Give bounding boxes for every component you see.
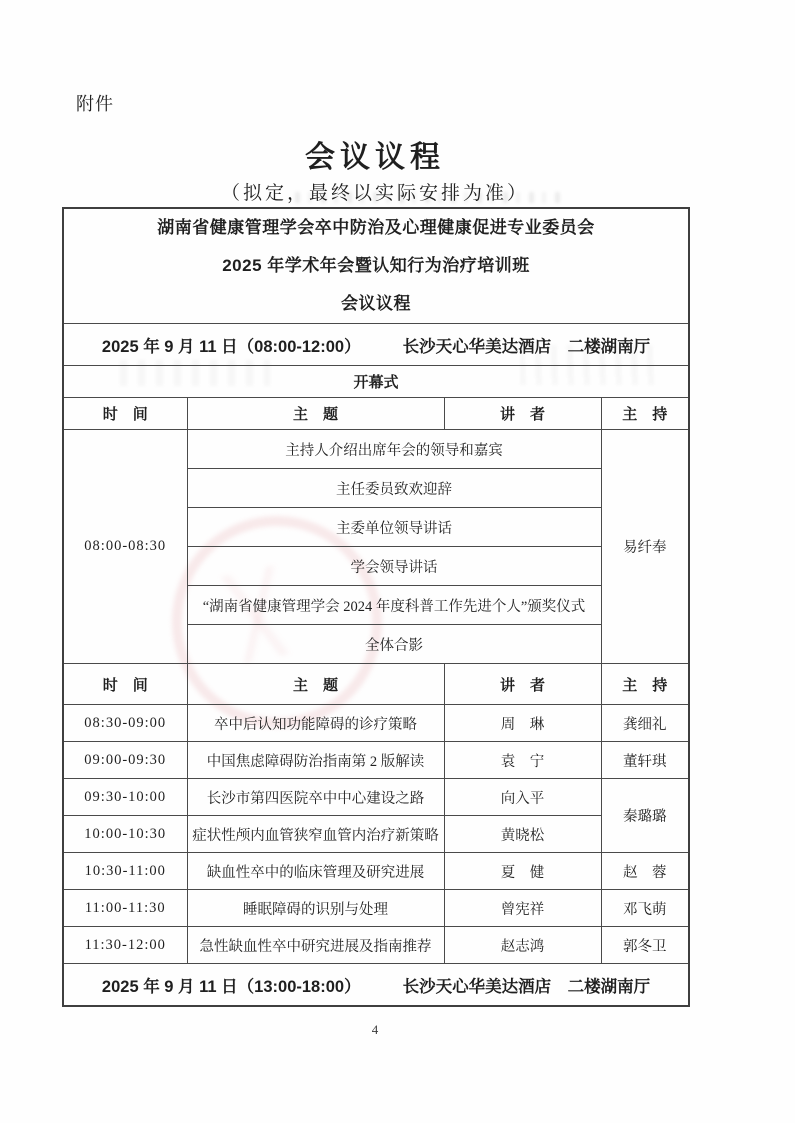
topic-cell: 急性缺血性卒中研究进展及指南推荐	[187, 927, 444, 964]
col-header-speaker: 讲 者	[444, 398, 601, 430]
opening-ceremony-row: 开幕式	[63, 366, 689, 398]
table-title-row: 湖南省健康管理学会卒中防治及心理健康促进专业委员会 2025 年学术年会暨认知行…	[63, 208, 689, 324]
document-page: 附件 会议议程 （拟定，最终以实际安排为准） 湖南省健康管理学会卒中防治及心理健…	[0, 0, 795, 1123]
col-header-time: 时 间	[63, 398, 187, 430]
host-cell: 赵 蓉	[601, 853, 689, 890]
time-cell: 08:30-09:00	[63, 705, 187, 742]
page-subtitle: （拟定，最终以实际安排为准）	[62, 178, 688, 205]
host-cell: 邓飞萌	[601, 890, 689, 927]
morning-venue: 长沙天心华美达酒店 二楼湖南厅	[403, 338, 651, 356]
afternoon-session-header: 2025 年 9 月 11 日（13:00-18:00）长沙天心华美达酒店 二楼…	[63, 964, 689, 1007]
morning-datetime: 2025 年 9 月 11 日（08:00-12:00）	[102, 338, 361, 356]
topic-cell: 中国焦虑障碍防治指南第 2 版解读	[187, 742, 444, 779]
event-name: 2025 年学术年会暨认知行为治疗培训班	[66, 247, 686, 285]
opening-host-cell: 易纤奉	[601, 430, 689, 664]
topic-cell: 症状性颅内血管狭窄血管内治疗新策略	[187, 816, 444, 853]
opening-item: 学会领导讲话	[187, 547, 601, 586]
morning-session-row: 2025 年 9 月 11 日（08:00-12:00）长沙天心华美达酒店 二楼…	[63, 324, 689, 366]
host-cell: 郭冬卫	[601, 927, 689, 964]
column-header-row: 时 间 主 题 讲 者 主 持	[63, 664, 689, 705]
session-row: 08:30-09:00 卒中后认知功能障碍的诊疗策略 周 琳 龚细礼	[63, 705, 689, 742]
session-row: 10:30-11:00 缺血性卒中的临床管理及研究进展 夏 健 赵 蓉	[63, 853, 689, 890]
table-title-cell: 湖南省健康管理学会卒中防治及心理健康促进专业委员会 2025 年学术年会暨认知行…	[63, 208, 689, 324]
speaker-cell: 周 琳	[444, 705, 601, 742]
topic-cell: 卒中后认知功能障碍的诊疗策略	[187, 705, 444, 742]
session-row: 11:00-11:30 睡眠障碍的识别与处理 曾宪祥 邓飞萌	[63, 890, 689, 927]
opening-time-cell: 08:00-08:30	[63, 430, 187, 664]
session-row: 10:00-10:30 症状性颅内血管狭窄血管内治疗新策略 黄晓松	[63, 816, 689, 853]
opening-item: 全体合影	[187, 625, 601, 664]
afternoon-venue: 长沙天心华美达酒店 二楼湖南厅	[403, 978, 651, 996]
opening-item: 主持人介绍出席年会的领导和嘉宾	[187, 430, 601, 469]
time-cell: 09:30-10:00	[63, 779, 187, 816]
opening-item: “湖南省健康管理学会 2024 年度科普工作先进个人”颁奖仪式	[187, 586, 601, 625]
time-cell: 11:30-12:00	[63, 927, 187, 964]
host-cell-merged: 秦璐璐	[601, 779, 689, 853]
agenda-table: 湖南省健康管理学会卒中防治及心理健康促进专业委员会 2025 年学术年会暨认知行…	[62, 207, 690, 1007]
col-header-topic: 主 题	[187, 664, 444, 705]
time-cell: 10:30-11:00	[63, 853, 187, 890]
speaker-cell: 向入平	[444, 779, 601, 816]
col-header-speaker: 讲 者	[444, 664, 601, 705]
speaker-cell: 黄晓松	[444, 816, 601, 853]
opening-item: 主委单位领导讲话	[187, 508, 601, 547]
afternoon-datetime: 2025 年 9 月 11 日（13:00-18:00）	[102, 978, 361, 996]
morning-session-header: 2025 年 9 月 11 日（08:00-12:00）长沙天心华美达酒店 二楼…	[63, 324, 689, 366]
col-header-host: 主 持	[601, 398, 689, 430]
topic-cell: 缺血性卒中的临床管理及研究进展	[187, 853, 444, 890]
afternoon-session-row: 2025 年 9 月 11 日（13:00-18:00）长沙天心华美达酒店 二楼…	[63, 964, 689, 1007]
session-row: 09:30-10:00 长沙市第四医院卒中中心建设之路 向入平 秦璐璐	[63, 779, 689, 816]
speaker-cell: 赵志鸿	[444, 927, 601, 964]
agenda-label: 会议议程	[66, 285, 686, 323]
opening-ceremony-title: 开幕式	[63, 366, 689, 398]
page-number: 4	[62, 1022, 688, 1038]
host-cell: 董轩琪	[601, 742, 689, 779]
time-cell: 11:00-11:30	[63, 890, 187, 927]
time-cell: 10:00-10:30	[63, 816, 187, 853]
host-cell: 龚细礼	[601, 705, 689, 742]
speaker-cell: 夏 健	[444, 853, 601, 890]
col-header-host: 主 持	[601, 664, 689, 705]
topic-cell: 长沙市第四医院卒中中心建设之路	[187, 779, 444, 816]
attachment-label: 附件	[76, 90, 114, 116]
speaker-cell: 袁 宁	[444, 742, 601, 779]
col-header-time: 时 间	[63, 664, 187, 705]
time-cell: 09:00-09:30	[63, 742, 187, 779]
opening-item: 主任委员致欢迎辞	[187, 469, 601, 508]
speaker-cell: 曾宪祥	[444, 890, 601, 927]
session-row: 09:00-09:30 中国焦虑障碍防治指南第 2 版解读 袁 宁 董轩琪	[63, 742, 689, 779]
page-title: 会议议程	[62, 132, 688, 176]
col-header-topic: 主 题	[187, 398, 444, 430]
session-row: 11:30-12:00 急性缺血性卒中研究进展及指南推荐 赵志鸿 郭冬卫	[63, 927, 689, 964]
column-header-row: 时 间 主 题 讲 者 主 持	[63, 398, 689, 430]
committee-name: 湖南省健康管理学会卒中防治及心理健康促进专业委员会	[66, 209, 686, 247]
topic-cell: 睡眠障碍的识别与处理	[187, 890, 444, 927]
opening-item-row: 08:00-08:30 主持人介绍出席年会的领导和嘉宾 易纤奉	[63, 430, 689, 469]
